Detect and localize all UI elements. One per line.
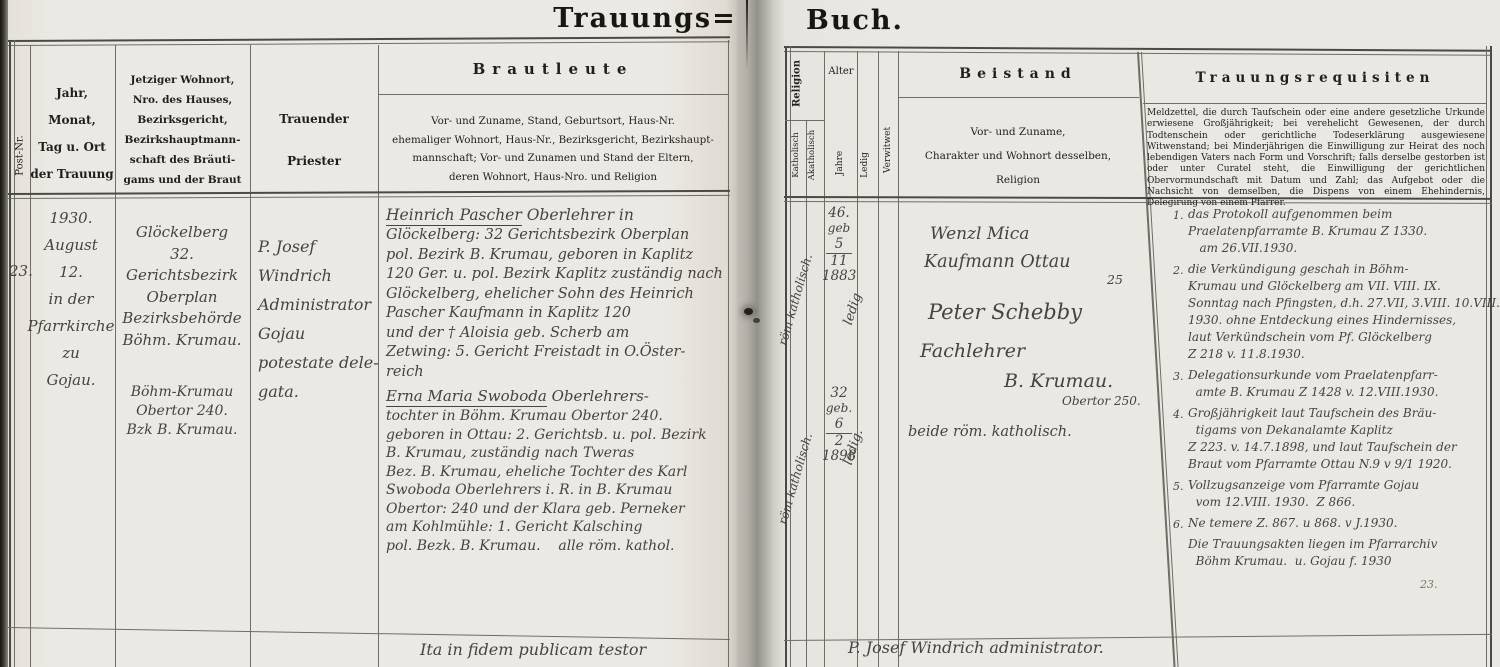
requisiten-item-number: 6.	[1173, 516, 1184, 533]
witness2-name: Peter Schebby	[928, 300, 1082, 324]
column-header-verwitwet: Verwitwet	[883, 115, 893, 185]
witnesses-religion-note: beide röm. katholisch.	[908, 424, 1072, 440]
page-title-right: Buch.	[795, 5, 915, 36]
column-header-brautleute-desc: Vor- und Zuname, Stand, Geburtsort, Haus…	[382, 112, 724, 186]
bride-geb-label: geb.	[822, 401, 856, 416]
column-header-beistand-title: Beistand	[899, 66, 1137, 82]
table-rule	[1490, 46, 1492, 667]
table-rule	[785, 46, 787, 667]
table-rule	[899, 97, 1139, 98]
requisiten-list: 1. das Protokoll aufgenommen beimPraelat…	[1188, 206, 1490, 574]
requisiten-item-number: 3.	[1173, 368, 1184, 385]
witness2-occupation: Fachlehrer	[920, 340, 1025, 362]
bride-name-line: Erna Maria Swoboda Oberlehrers-	[386, 386, 726, 407]
table-rule	[250, 45, 251, 667]
column-header-priest: TrauenderPriester	[252, 98, 376, 182]
requisiten-item-number: 1.	[1173, 207, 1184, 224]
entry-residence-bride: Böhm-KrumauObertor 240.Bzk B. Krumau.	[112, 383, 252, 440]
column-header-akatholisch: Akatholisch	[807, 123, 817, 187]
column-header-religion: Religion	[792, 52, 803, 116]
table-rule	[9, 40, 11, 667]
entry-date: 1930.August12.in derPfarrkirchezuGojau.	[24, 205, 118, 394]
witness2-place: B. Krumau.	[1004, 370, 1113, 392]
groom-name: Heinrich Pascher	[386, 206, 522, 226]
column-header-date: Jahr,Monat,Tag u. Ortder Trauung	[28, 80, 116, 188]
column-header-residence: Jetziger Wohnort,Nro. des Hauses,Bezirks…	[117, 70, 248, 190]
page-marker: 23.	[1420, 578, 1438, 591]
column-header-katholisch: Katholisch	[791, 123, 801, 187]
column-header-alter: Alter	[826, 66, 856, 77]
requisiten-item-number: 2.	[1173, 262, 1184, 279]
witness1-occupation: Kaufmann Ottau	[924, 252, 1071, 272]
groom-birth-date-fraction: 511	[826, 237, 852, 269]
ink-blot	[744, 308, 753, 315]
entry-groom: Heinrich Pascher Oberlehrer in Glöckelbe…	[386, 204, 726, 382]
requisiten-item: 2. die Verkündigung geschah in Böhm-Krum…	[1188, 261, 1490, 363]
groom-name-line: Heinrich Pascher Oberlehrer in	[386, 204, 726, 226]
bride-name: Erna Maria Swoboda	[386, 387, 547, 407]
groom-birth-year: 1883	[822, 269, 856, 284]
column-header-post-nr: Post-Nr.	[15, 121, 26, 191]
witness1-name: Wenzl Mica	[930, 224, 1029, 244]
groom-birth-day: 5	[826, 237, 852, 254]
table-rule	[1143, 103, 1487, 104]
requisiten-item-number: 5.	[1173, 478, 1184, 495]
table-rule	[379, 94, 728, 95]
requisiten-item-text: Vollzugsanzeige vom Pfarramte Gojau vom …	[1188, 477, 1490, 511]
groom-description: Glöckelberg: 32 Gerichtsbezirk Oberplanp…	[386, 226, 726, 382]
left-page-footer-note: Ita in fidem publicam testor	[420, 640, 646, 659]
bride-description: tochter in Böhm. Krumau Obertor 240.gebo…	[386, 407, 726, 555]
requisiten-item-text: Die Trauungsakten liegen im Pfarrarchiv …	[1188, 536, 1490, 570]
column-header-requisiten-desc: Meldzettel, die durch Taufschein oder ei…	[1147, 108, 1485, 210]
table-rule	[878, 51, 879, 667]
book-spine-shadow	[726, 0, 786, 667]
table-rule	[728, 40, 729, 667]
marriage-register-scan: Trauungs= Buch. Post-Nr. Jahr,Monat,Tag …	[0, 0, 1500, 667]
requisiten-item: 6. Ne temere Z. 867. u 868. v J.1930.	[1188, 515, 1490, 532]
bride-name-suffix: Oberlehrers-	[547, 387, 649, 405]
requisiten-item: 5. Vollzugsanzeige vom Pfarramte Gojau v…	[1188, 477, 1490, 511]
table-rule	[857, 51, 858, 667]
requisiten-item-number: 4.	[1173, 406, 1184, 423]
table-rule	[824, 51, 825, 667]
column-header-ledig: Ledig	[860, 135, 870, 195]
column-header-beistand-desc: Vor- und Zuname,Charakter und Wohnort de…	[899, 120, 1137, 192]
entry-residence-groom: Glöckelberg32.GerichtsbezirkOberplanBezi…	[112, 222, 252, 351]
column-header-brautleute-title: Brautleute	[380, 60, 726, 78]
entry-priest: P. JosefWindrichAdministratorGojaupotest…	[258, 232, 378, 406]
column-header-requisiten-title: Trauungsrequisiten	[1143, 70, 1487, 86]
groom-name-suffix: Oberlehrer in	[522, 206, 634, 224]
witness2-address: Obertor 250.	[1062, 394, 1141, 408]
column-header-jahre: Jahre	[835, 131, 845, 195]
bride-age: 32	[822, 386, 856, 401]
witness1-house-nr: 25	[1107, 272, 1123, 287]
book-edge	[0, 0, 8, 667]
page-title-left: Trauungs=	[540, 3, 750, 34]
requisiten-item: 1. das Protokoll aufgenommen beimPraelat…	[1188, 206, 1490, 257]
requisiten-item-text: Delegationsurkunde vom Praelatenpfarr- a…	[1188, 367, 1490, 401]
groom-age: 46.	[822, 206, 856, 221]
right-page-footer-signature: P. Josef Windrich administrator.	[848, 638, 1104, 657]
requisiten-item: 4. Großjährigkeit laut Taufschein des Br…	[1188, 405, 1490, 473]
requisiten-item-text: Ne temere Z. 867. u 868. v J.1930.	[1188, 515, 1490, 532]
entry-bride: Erna Maria Swoboda Oberlehrers- tochter …	[386, 386, 726, 555]
requisiten-item-text: Großjährigkeit laut Taufschein des Bräu-…	[1188, 405, 1490, 473]
requisiten-item-text: das Protokoll aufgenommen beimPraelatenp…	[1188, 206, 1490, 257]
groom-birth-month: 11	[826, 254, 852, 270]
requisiten-item-text: die Verkündigung geschah in Böhm-Krumau …	[1188, 261, 1490, 363]
requisiten-item: 3. Delegationsurkunde vom Praelatenpfarr…	[1188, 367, 1490, 401]
table-rule	[785, 120, 824, 121]
groom-geb-label: geb	[822, 221, 856, 236]
bride-birth-day: 6	[826, 417, 852, 434]
groom-age-block: 46. geb 511 1883	[822, 206, 856, 284]
requisiten-item: Die Trauungsakten liegen im Pfarrarchiv …	[1188, 536, 1490, 570]
